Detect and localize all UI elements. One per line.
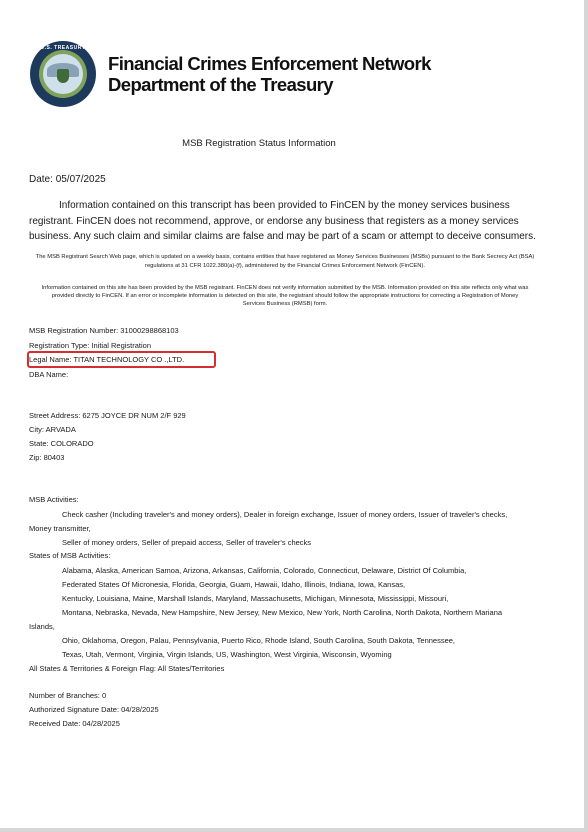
activities-line-1-wrap: Money transmitter, — [29, 524, 91, 533]
intro-paragraph: Information contained on this transcript… — [29, 198, 549, 245]
search-page-notice: The MSB Registrant Search Web page, whic… — [30, 253, 540, 271]
city: City: ARVADA — [29, 425, 76, 434]
states-line: Federated States Of Micronesia, Florida,… — [62, 580, 405, 589]
states-line: Ohio, Oklahoma, Oregon, Palau, Pennsylva… — [62, 636, 455, 645]
all-states-flag: All States & Territories & Foreign Flag:… — [29, 664, 224, 673]
registration-type: Registration Type: Initial Registration — [29, 341, 151, 350]
street-address: Street Address: 6275 JOYCE DR NUM 2/F 92… — [29, 411, 186, 420]
shield-icon — [57, 69, 69, 83]
states-wrap: Islands, — [29, 622, 55, 631]
zip: Zip: 80403 — [29, 453, 64, 462]
date-label: Date: — [29, 174, 53, 185]
activities-line-1: Check casher (Including traveler's and m… — [62, 510, 507, 519]
dept-name: Department of the Treasury — [108, 74, 431, 95]
date-value: 05/07/2025 — [56, 174, 106, 185]
number-of-branches: Number of Branches: 0 — [29, 691, 106, 700]
authorized-signature-date: Authorized Signature Date: 04/28/2025 — [29, 705, 159, 714]
states-line: Texas, Utah, Vermont, Virginia, Virgin I… — [62, 650, 392, 659]
page-edge-bottom — [0, 828, 588, 832]
states-line: Montana, Nebraska, Nevada, New Hampshire… — [62, 608, 502, 617]
states-line: Kentucky, Louisiana, Maine, Marshall Isl… — [62, 594, 448, 603]
verification-notice: Information contained on this site has b… — [40, 284, 530, 308]
page-edge-right — [584, 0, 588, 832]
intro-text: Information contained on this transcript… — [29, 198, 549, 245]
msb-activities-label: MSB Activities: — [29, 495, 79, 504]
legal-name-highlight — [27, 351, 216, 368]
document-title: MSB Registration Status Information — [0, 138, 518, 149]
seal-text: U.S. TREASURY — [30, 45, 96, 51]
activities-line-2: Seller of money orders, Seller of prepai… — [62, 538, 311, 547]
treasury-seal-icon: U.S. TREASURY — [30, 41, 96, 107]
state: State: COLORADO — [29, 439, 94, 448]
document-date: Date: 05/07/2025 — [29, 174, 106, 185]
registration-number: MSB Registration Number: 31000298868103 — [29, 326, 179, 335]
states-label: States of MSB Activities: — [29, 551, 110, 560]
org-name: Financial Crimes Enforcement Network — [108, 53, 431, 74]
states-line: Alabama, Alaska, American Samoa, Arizona… — [62, 566, 466, 575]
document-header: U.S. TREASURY Financial Crimes Enforceme… — [30, 38, 431, 110]
received-date: Received Date: 04/28/2025 — [29, 719, 120, 728]
dba-name: DBA Name: — [29, 370, 68, 379]
